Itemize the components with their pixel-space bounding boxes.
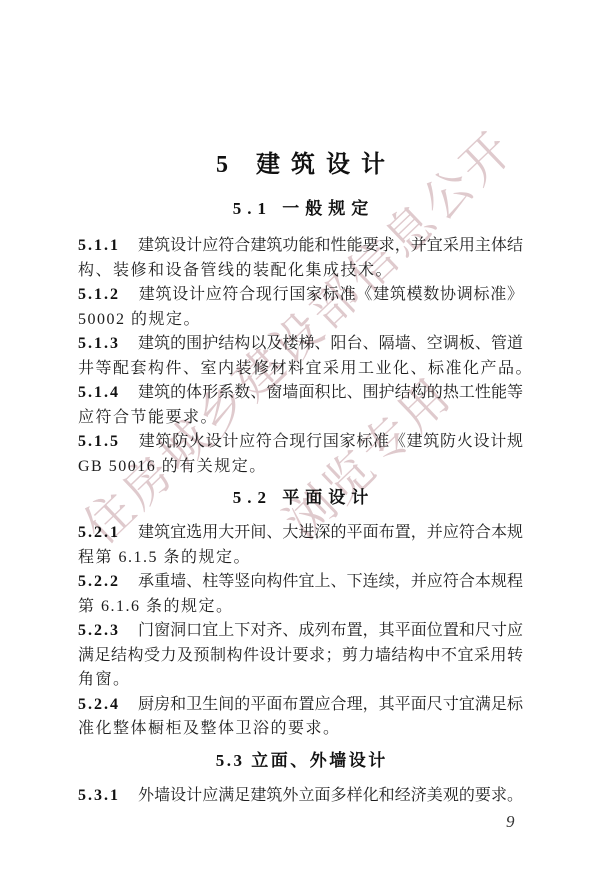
clause-5-1-2: 5.1.2建筑设计应符合现行国家标准《建筑模数协调标准》GB 50002 的规定… bbox=[78, 283, 523, 332]
page-number: 9 bbox=[506, 812, 515, 832]
clause-5-1-3: 5.1.3建筑的围护结构以及楼梯、阳台、隔墙、空调板、管道 井等配套构件、室内装… bbox=[78, 332, 523, 381]
clause-5-1-5: 5.1.5建筑防火设计应符合现行国家标准《建筑防火设计规范》 GB 50016 … bbox=[78, 430, 523, 479]
clause-text: 建筑的围护结构以及楼梯、阳台、隔墙、空调板、管道 bbox=[138, 335, 523, 352]
clause-number: 5.3.1 bbox=[78, 787, 120, 804]
clause-line: 井等配套构件、室内装修材料宜采用工业化、标准化产品。 bbox=[78, 357, 523, 382]
clause-line: 第 6.1.6 条的规定。 bbox=[78, 595, 523, 620]
clause-number: 5.1.5 bbox=[78, 433, 120, 450]
clause-number: 5.1.1 bbox=[78, 237, 120, 254]
clause-line: 5.2.2承重墙、柱等竖向构件宜上、下连续，并应符合本规程 bbox=[78, 570, 523, 595]
clause-line: 5.2.1建筑宜选用大开间、大进深的平面布置，并应符合本规 bbox=[78, 521, 523, 546]
clause-5-2-3: 5.2.3门窗洞口宜上下对齐、成列布置，其平面位置和尺寸应 满足结构受力及预制构… bbox=[78, 619, 523, 693]
clause-line: GB 50016 的有关规定。 bbox=[78, 455, 523, 480]
clause-5-1-4: 5.1.4建筑的体形系数、窗墙面积比、围护结构的热工性能等 应符合节能要求。 bbox=[78, 381, 523, 430]
clause-line: 5.1.1建筑设计应符合建筑功能和性能要求，并宜采用主体结 bbox=[78, 234, 523, 259]
section-heading-5-1: 5.1 一般规定 bbox=[78, 197, 523, 221]
section-heading-5-3: 5.3 立面、外墙设计 bbox=[78, 749, 523, 773]
clause-line: 5.2.3门窗洞口宜上下对齐、成列布置，其平面位置和尺寸应 bbox=[78, 619, 523, 644]
page-content: 5 建筑设计 5.1 一般规定 5.1.1建筑设计应符合建筑功能和性能要求，并宜… bbox=[78, 0, 523, 808]
clause-line: 应符合节能要求。 bbox=[78, 406, 523, 431]
clause-line: 程第 6.1.5 条的规定。 bbox=[78, 546, 523, 571]
clause-line: 5.1.5建筑防火设计应符合现行国家标准《建筑防火设计规范》 bbox=[78, 430, 523, 455]
section-heading-5-2: 5.2 平面设计 bbox=[78, 486, 523, 510]
clause-line: 5.3.1外墙设计应满足建筑外立面多样化和经济美观的要求。 bbox=[78, 784, 523, 809]
clause-number: 5.2.4 bbox=[78, 696, 120, 713]
clause-line: 5.1.3建筑的围护结构以及楼梯、阳台、隔墙、空调板、管道 bbox=[78, 332, 523, 357]
clause-line: 准化整体橱柜及整体卫浴的要求。 bbox=[78, 717, 523, 742]
clause-5-2-2: 5.2.2承重墙、柱等竖向构件宜上、下连续，并应符合本规程 第 6.1.6 条的… bbox=[78, 570, 523, 619]
clause-text: 建筑设计应符合现行国家标准《建筑模数协调标准》GB bbox=[78, 286, 523, 308]
clause-text: 门窗洞口宜上下对齐、成列布置，其平面位置和尺寸应 bbox=[138, 622, 523, 639]
clause-line: 角窗。 bbox=[78, 668, 523, 693]
clause-line: 5.2.4厨房和卫生间的平面布置应合理，其平面尺寸宜满足标 bbox=[78, 693, 523, 718]
clause-line: 满足结构受力及预制构件设计要求；剪力墙结构中不宜采用转 bbox=[78, 644, 523, 669]
clause-5-2-4: 5.2.4厨房和卫生间的平面布置应合理，其平面尺寸宜满足标 准化整体橱柜及整体卫… bbox=[78, 693, 523, 742]
clause-text: 建筑防火设计应符合现行国家标准《建筑防火设计规范》 bbox=[78, 433, 523, 455]
clause-text: 建筑设计应符合建筑功能和性能要求，并宜采用主体结 bbox=[138, 237, 523, 254]
clause-line: 构、装修和设备管线的装配化集成技术。 bbox=[78, 259, 523, 284]
clause-number: 5.1.2 bbox=[78, 286, 120, 303]
clause-line: 50002 的规定。 bbox=[78, 308, 523, 333]
clause-number: 5.2.3 bbox=[78, 622, 120, 639]
clause-number: 5.2.2 bbox=[78, 573, 120, 590]
clause-text: 外墙设计应满足建筑外立面多样化和经济美观的要求。 bbox=[138, 787, 523, 804]
clause-line: 5.1.4建筑的体形系数、窗墙面积比、围护结构的热工性能等 bbox=[78, 381, 523, 406]
clause-line: 5.1.2建筑设计应符合现行国家标准《建筑模数协调标准》GB bbox=[78, 283, 523, 308]
clause-text: 建筑的体形系数、窗墙面积比、围护结构的热工性能等 bbox=[138, 384, 523, 401]
clause-number: 5.1.3 bbox=[78, 335, 120, 352]
clause-5-3-1: 5.3.1外墙设计应满足建筑外立面多样化和经济美观的要求。 bbox=[78, 784, 523, 809]
clause-5-1-1: 5.1.1建筑设计应符合建筑功能和性能要求，并宜采用主体结 构、装修和设备管线的… bbox=[78, 234, 523, 283]
clause-text: 建筑宜选用大开间、大进深的平面布置，并应符合本规 bbox=[138, 524, 523, 541]
chapter-title: 5 建筑设计 bbox=[78, 150, 523, 180]
clause-text: 承重墙、柱等竖向构件宜上、下连续，并应符合本规程 bbox=[138, 573, 523, 590]
clause-number: 5.2.1 bbox=[78, 524, 120, 541]
document-page: 住房城乡建设部信息公开 浏览专用 5 建筑设计 5.1 一般规定 5.1.1建筑… bbox=[0, 0, 600, 869]
clause-number: 5.1.4 bbox=[78, 384, 120, 401]
clause-text: 厨房和卫生间的平面布置应合理，其平面尺寸宜满足标 bbox=[138, 696, 523, 713]
clause-5-2-1: 5.2.1建筑宜选用大开间、大进深的平面布置，并应符合本规 程第 6.1.5 条… bbox=[78, 521, 523, 570]
